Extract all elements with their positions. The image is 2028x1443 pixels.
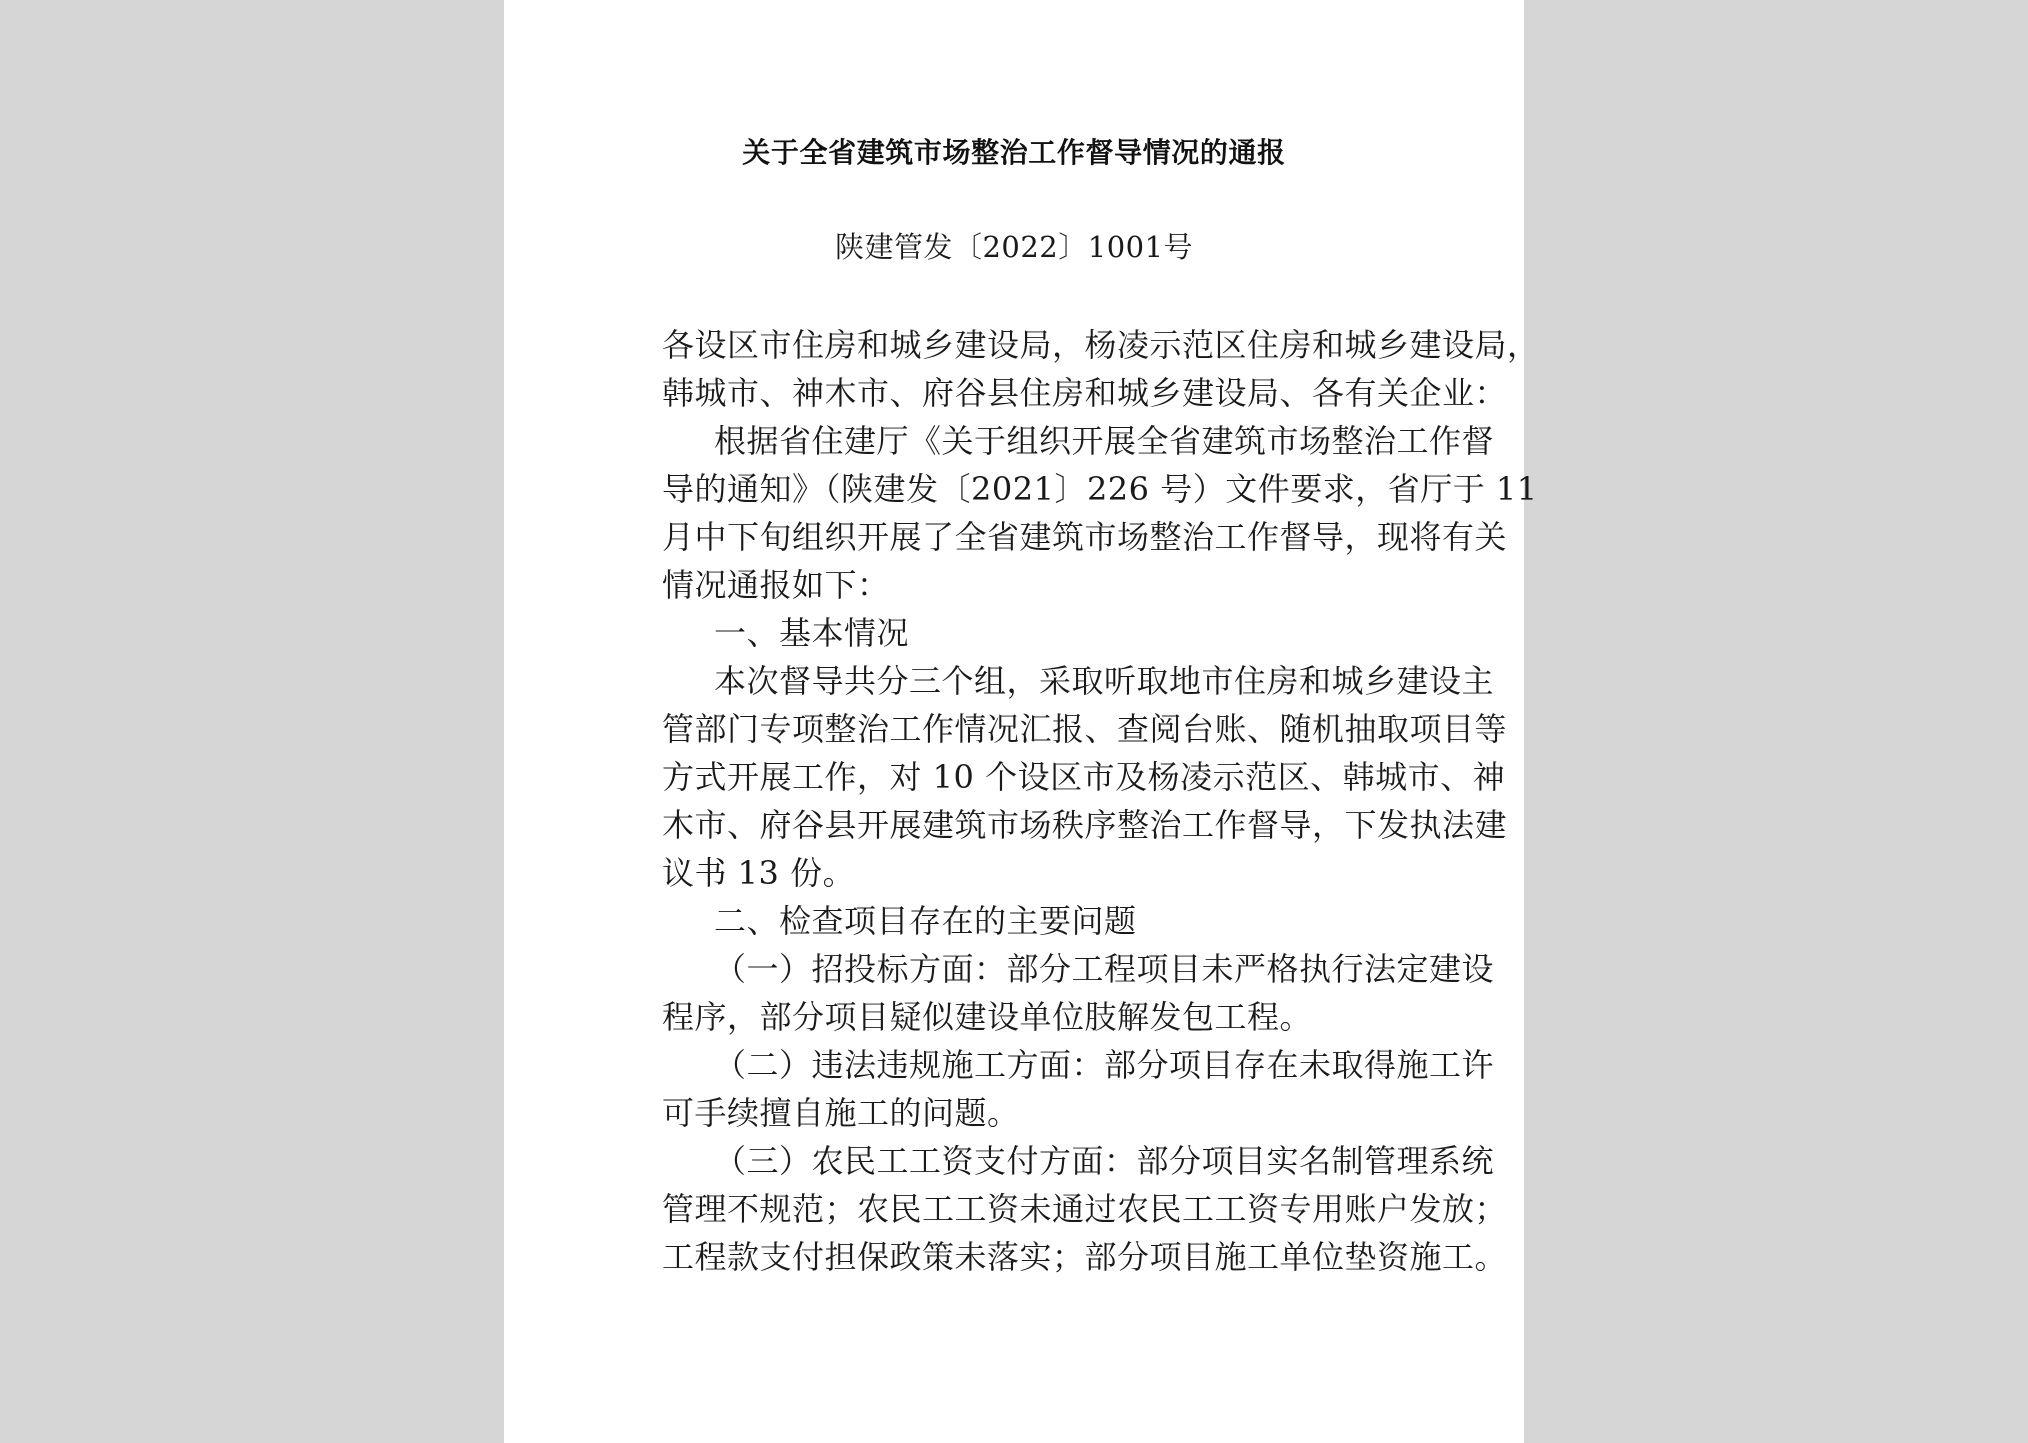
addressee-line: 各设区市住房和城乡建设局，杨凌示范区住房和城乡建设局， [662,321,1382,369]
paragraph-line: 议书 13 份。 [662,849,1382,897]
subsection-line: （一）招投标方面：部分工程项目未严格执行法定建设 [662,945,1382,993]
addressee-line: 韩城市、神木市、府谷县住房和城乡建设局、各有关企业： [662,369,1382,417]
paragraph-line: 木市、府谷县开展建筑市场秩序整治工作督导，下发执法建 [662,801,1382,849]
paragraph-line: 工程款支付担保政策未落实；部分项目施工单位垫资施工。 [662,1233,1382,1281]
paragraph-line: 月中下旬组织开展了全省建筑市场整治工作督导，现将有关 [662,513,1382,561]
paragraph-line: 可手续擅自施工的问题。 [662,1089,1382,1137]
document-number: 陕建管发〔2022〕1001号 [504,224,1524,270]
paragraph-line: 根据省住建厅《关于组织开展全省建筑市场整治工作督 [662,417,1382,465]
subsection-line: （三）农民工工资支付方面：部分项目实名制管理系统 [662,1137,1382,1185]
document-body: 各设区市住房和城乡建设局，杨凌示范区住房和城乡建设局， 韩城市、神木市、府谷县住… [662,321,1382,1281]
paragraph-line: 本次督导共分三个组，采取听取地市住房和城乡建设主 [662,657,1382,705]
paragraph-line: 管部门专项整治工作情况汇报、查阅台账、随机抽取项目等 [662,705,1382,753]
paragraph-line: 方式开展工作，对 10 个设区市及杨凌示范区、韩城市、神 [662,753,1382,801]
paragraph-line: 管理不规范；农民工工资未通过农民工工资专用账户发放； [662,1185,1382,1233]
document-page: 关于全省建筑市场整治工作督导情况的通报 陕建管发〔2022〕1001号 各设区市… [504,0,1524,1443]
section-heading: 二、检查项目存在的主要问题 [662,897,1382,945]
document-title: 关于全省建筑市场整治工作督导情况的通报 [504,130,1524,176]
paragraph-line: 程序，部分项目疑似建设单位肢解发包工程。 [662,993,1382,1041]
paragraph-line: 导的通知》（陕建发〔2021〕226 号）文件要求，省厅于 11 [662,465,1382,513]
section-heading: 一、基本情况 [662,609,1382,657]
subsection-line: （二）违法违规施工方面：部分项目存在未取得施工许 [662,1041,1382,1089]
paragraph-line: 情况通报如下： [662,561,1382,609]
